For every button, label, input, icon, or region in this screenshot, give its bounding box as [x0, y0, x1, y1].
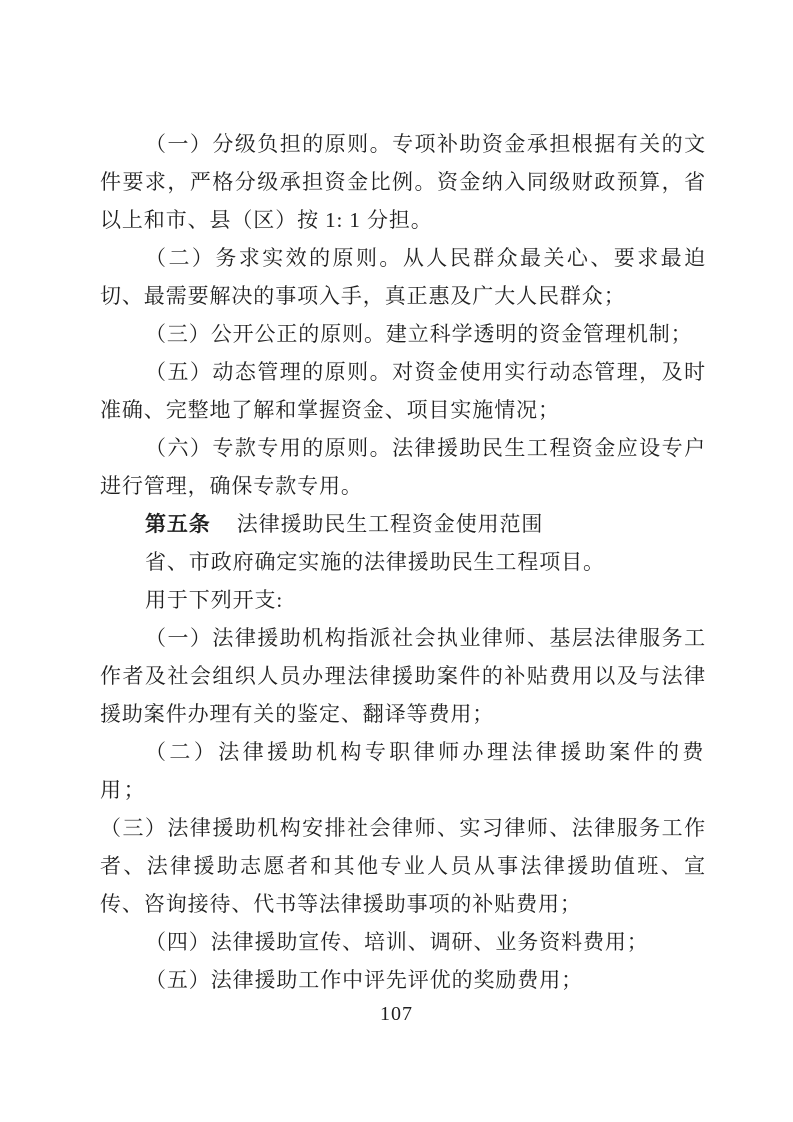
paragraph: （三）公开公正的原则。建立科学透明的资金管理机制； — [100, 315, 706, 353]
paragraph: （五）法律援助工作中评先评优的奖励费用； — [100, 961, 706, 999]
page-number: 107 — [0, 1003, 793, 1026]
paragraph: （二）务求实效的原则。从人民群众最关心、要求最迫切、最需要解决的事项入手，真正惠… — [100, 239, 706, 315]
paragraph: （四）法律援助宣传、培训、调研、业务资料费用； — [100, 923, 706, 961]
article-number: 第五条 — [145, 512, 211, 536]
document-page: （一）分级负担的原则。专项补助资金承担根据有关的文件要求，严格分级承担资金比例。… — [0, 0, 793, 1122]
paragraph: 用于下列开支: — [100, 581, 706, 619]
paragraph: 省、市政府确定实施的法律援助民生工程项目。 — [100, 543, 706, 581]
paragraph: （三）法律援助机构安排社会律师、实习律师、法律服务工作者、法律援助志愿者和其他专… — [100, 809, 706, 923]
paragraph: （一）分级负担的原则。专项补助资金承担根据有关的文件要求，严格分级承担资金比例。… — [100, 125, 706, 239]
paragraph: （五）动态管理的原则。对资金使用实行动态管理，及时准确、完整地了解和掌握资金、项… — [100, 353, 706, 429]
paragraph: （一）法律援助机构指派社会执业律师、基层法律服务工作者及社会组织人员办理法律援助… — [100, 619, 706, 733]
article-heading: 第五条法律援助民生工程资金使用范围 — [100, 505, 706, 543]
paragraph: （六）专款专用的原则。法律援助民生工程资金应设专户进行管理，确保专款专用。 — [100, 429, 706, 505]
paragraph: （二）法律援助机构专职律师办理法律援助案件的费用； — [100, 733, 706, 809]
document-body: （一）分级负担的原则。专项补助资金承担根据有关的文件要求，严格分级承担资金比例。… — [100, 125, 706, 999]
